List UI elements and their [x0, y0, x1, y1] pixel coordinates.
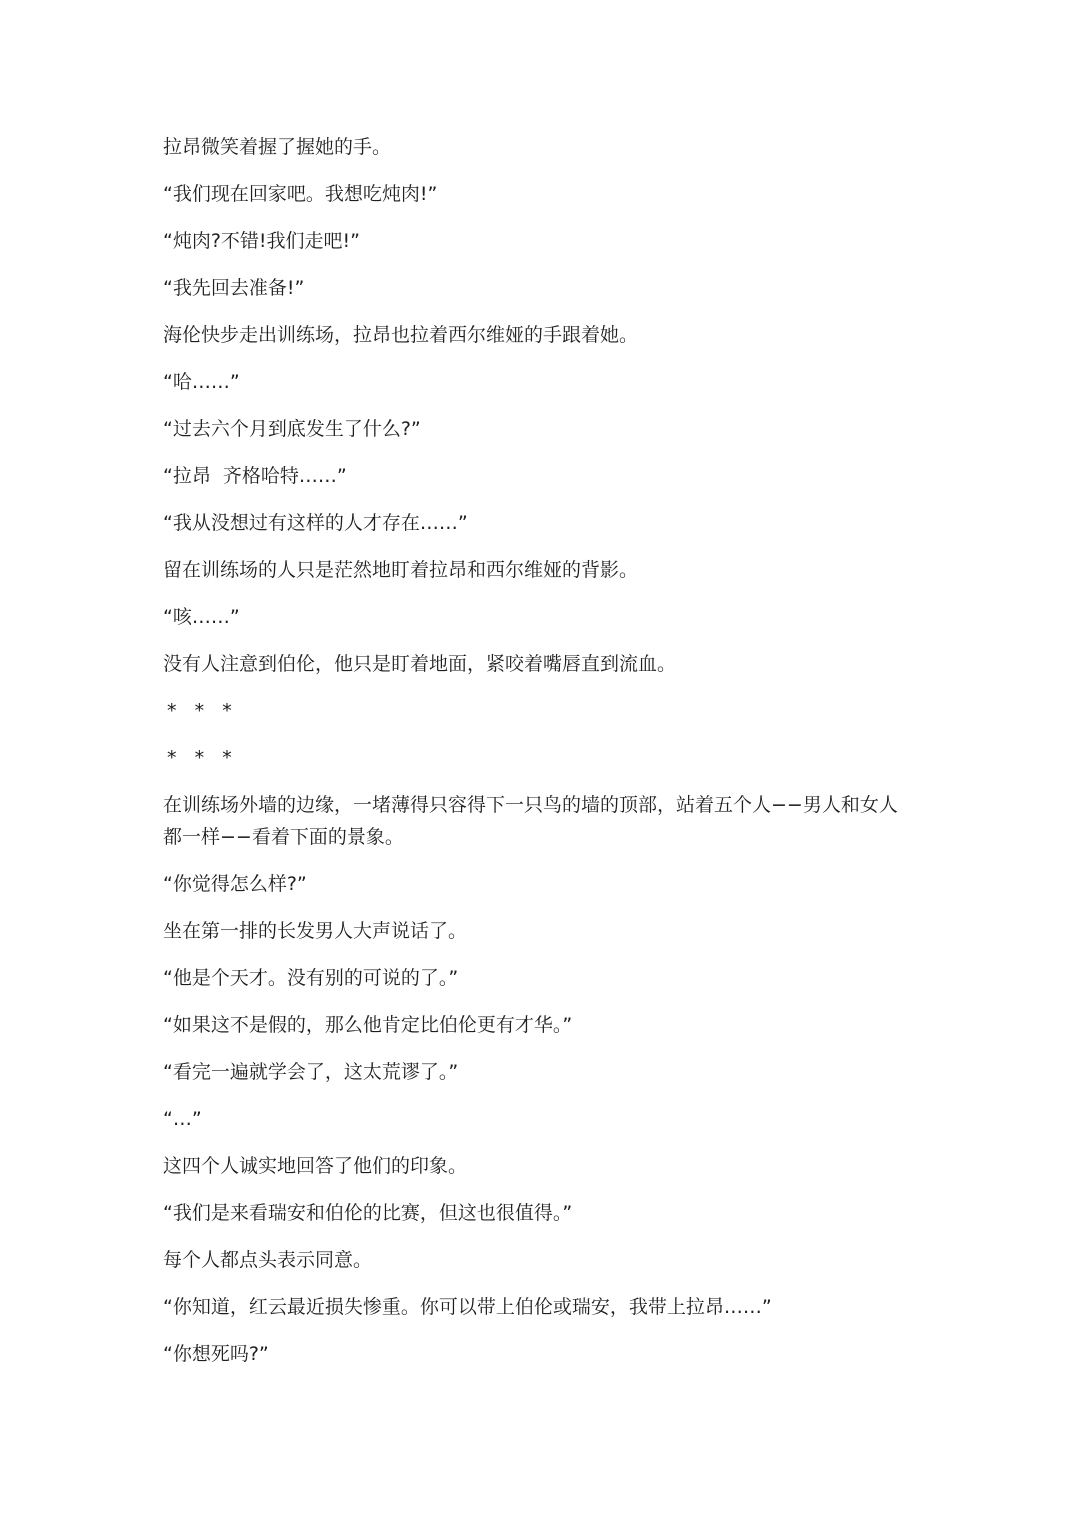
dialogue-line: “…” [163, 1103, 913, 1135]
dialogue-line: “你知道，红云最近损失惨重。你可以带上伯伦或瑞安，我带上拉昂……” [163, 1291, 913, 1323]
dialogue-line: “看完一遍就学会了，这太荒谬了。” [163, 1056, 913, 1088]
document-body: 拉昂微笑着握了握她的手。 “我们现在回家吧。我想吃炖肉!” “炖肉?不错!我们走… [163, 131, 913, 1385]
paragraph: 留在训练场的人只是茫然地盯着拉昂和西尔维娅的背影。 [163, 554, 913, 586]
dialogue-line: “我先回去准备!” [163, 272, 913, 304]
dialogue-line: “过去六个月到底发生了什么?” [163, 413, 913, 445]
paragraph: 这四个人诚实地回答了他们的印象。 [163, 1150, 913, 1182]
dialogue-line: “你觉得怎么样?” [163, 868, 913, 900]
dialogue-line: “炖肉?不错!我们走吧!” [163, 225, 913, 257]
paragraph: 海伦快步走出训练场，拉昂也拉着西尔维娅的手跟着她。 [163, 319, 913, 351]
dialogue-line: “我从没想过有这样的人才存在……” [163, 507, 913, 539]
dialogue-line: “你想死吗?” [163, 1338, 913, 1370]
dialogue-line: “咳……” [163, 601, 913, 633]
dialogue-line: “我们是来看瑞安和伯伦的比赛，但这也很值得。” [163, 1197, 913, 1229]
paragraph: 坐在第一排的长发男人大声说话了。 [163, 915, 913, 947]
dialogue-line: “我们现在回家吧。我想吃炖肉!” [163, 178, 913, 210]
paragraph: 没有人注意到伯伦，他只是盯着地面，紧咬着嘴唇直到流血。 [163, 648, 913, 680]
paragraph: 在训练场外墙的边缘，一堵薄得只容得下一只鸟的墙的顶部，站着五个人−−男人和女人都… [163, 789, 913, 853]
dialogue-line: “拉昂 齐格哈特……” [163, 460, 913, 492]
dialogue-line: “哈……” [163, 366, 913, 398]
paragraph: 拉昂微笑着握了握她的手。 [163, 131, 913, 163]
dialogue-line: “他是个天才。没有别的可说的了。” [163, 962, 913, 994]
section-separator: * * * [163, 742, 913, 774]
section-separator: * * * [163, 695, 913, 727]
dialogue-line: “如果这不是假的，那么他肯定比伯伦更有才华。” [163, 1009, 913, 1041]
paragraph: 每个人都点头表示同意。 [163, 1244, 913, 1276]
